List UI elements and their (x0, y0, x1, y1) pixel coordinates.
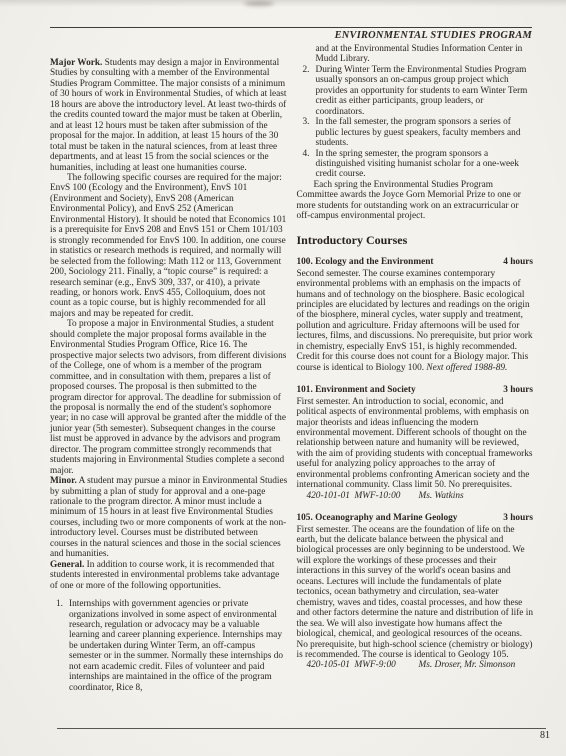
major-work-label: Major Work. (50, 58, 102, 68)
course-100: 100. Ecology and the Environment 4 hours… (297, 257, 534, 373)
course-instructor: Ms. Droser, Mr. Simonson (419, 660, 534, 670)
course-description: First semester. The oceans are the found… (297, 525, 534, 661)
catalog-page: ENVIRONMENTAL STUDIES PROGRAM Major Work… (0, 0, 566, 756)
general-paragraph: General. In addition to course work, it … (50, 560, 288, 591)
right-column: and at the Environmental Studies Informa… (297, 44, 534, 671)
course-description: Second semester. The course examines con… (297, 269, 534, 374)
page-number: 81 (540, 730, 550, 741)
list-number: 2. (297, 65, 316, 117)
major-work-paragraph: Major Work. Students may design a major … (50, 58, 288, 173)
course-title: 101. Environment and Society (297, 385, 416, 395)
minor-label: Minor. (50, 476, 77, 486)
list-item-text: In the spring semester, the program spon… (316, 149, 534, 180)
minor-text: A student may pursue a minor in Environm… (50, 476, 287, 559)
course-hours: 4 hours (503, 257, 533, 267)
opportunity-item-4: 4. In the spring semester, the program s… (297, 149, 534, 180)
major-proposal-paragraph: To propose a major in Environmental Stud… (50, 319, 288, 476)
two-column-body: Major Work. Students may design a major … (50, 44, 533, 693)
page-header: ENVIRONMENTAL STUDIES PROGRAM (50, 27, 532, 41)
scan-smudge (244, 1, 274, 6)
opportunity-item-2: 2. During Winter Term the Environmental … (297, 65, 534, 117)
opportunity-item-3: 3. In the fall semester, the program spo… (297, 117, 534, 148)
course-heading: 105. Oceanography and Marine Geology 3 h… (297, 513, 534, 523)
opportunity-item-1: 1. Internships with government agencies … (50, 599, 288, 693)
course-code: 420-101-01 (307, 491, 355, 501)
course-time: MWF-9:00 (355, 660, 419, 670)
course-heading: 101. Environment and Society 3 hours (297, 385, 534, 395)
minor-paragraph: Minor. A student may pursue a minor in E… (50, 476, 288, 560)
course-schedule: 420-101-01 MWF-10:00 Ms. Watkins (297, 491, 534, 501)
course-title: 105. Oceanography and Marine Geology (297, 513, 458, 523)
required-courses-paragraph: The following specific courses are requi… (50, 173, 288, 319)
footer-rule (57, 728, 546, 729)
page-title: ENVIRONMENTAL STUDIES PROGRAM (50, 28, 532, 41)
course-title: 100. Ecology and the Environment (297, 257, 434, 267)
course-description: First semester. An introduction to socia… (297, 397, 534, 491)
course-105: 105. Oceanography and Marine Geology 3 h… (297, 513, 534, 671)
course-description-text: Second semester. The course examines con… (297, 269, 533, 373)
opportunity-item-1-continuation: and at the Environmental Studies Informa… (297, 44, 534, 65)
prize-paragraph: Each spring the Environmental Studies Pr… (297, 180, 534, 222)
section-heading-introductory-courses: Introductory Courses (297, 235, 534, 245)
list-number: 4. (297, 149, 316, 180)
list-number: 1. (50, 599, 69, 693)
course-code: 420-105-01 (307, 660, 355, 670)
course-schedule: 420-105-01 MWF-9:00 Ms. Droser, Mr. Simo… (297, 660, 534, 670)
course-heading: 100. Ecology and the Environment 4 hours (297, 257, 534, 267)
left-column: Major Work. Students may design a major … (50, 44, 288, 693)
list-item-text: In the fall semester, the program sponso… (316, 117, 534, 148)
major-work-text: Students may design a major in Environme… (50, 58, 287, 173)
course-hours: 3 hours (503, 385, 533, 395)
course-101: 101. Environment and Society 3 hours Fir… (297, 385, 534, 501)
next-offered-note: Next offered 1988-89. (426, 363, 507, 373)
list-item-text: Internships with government agencies or … (69, 599, 288, 693)
list-item-text: During Winter Term the Environmental Stu… (316, 65, 534, 117)
general-text: In addition to course work, it is recomm… (50, 560, 279, 591)
list-number: 3. (297, 117, 316, 148)
course-instructor: Ms. Watkins (419, 491, 534, 501)
general-label: General. (50, 560, 84, 570)
course-hours: 3 hours (503, 513, 533, 523)
course-time: MWF-10:00 (355, 491, 419, 501)
